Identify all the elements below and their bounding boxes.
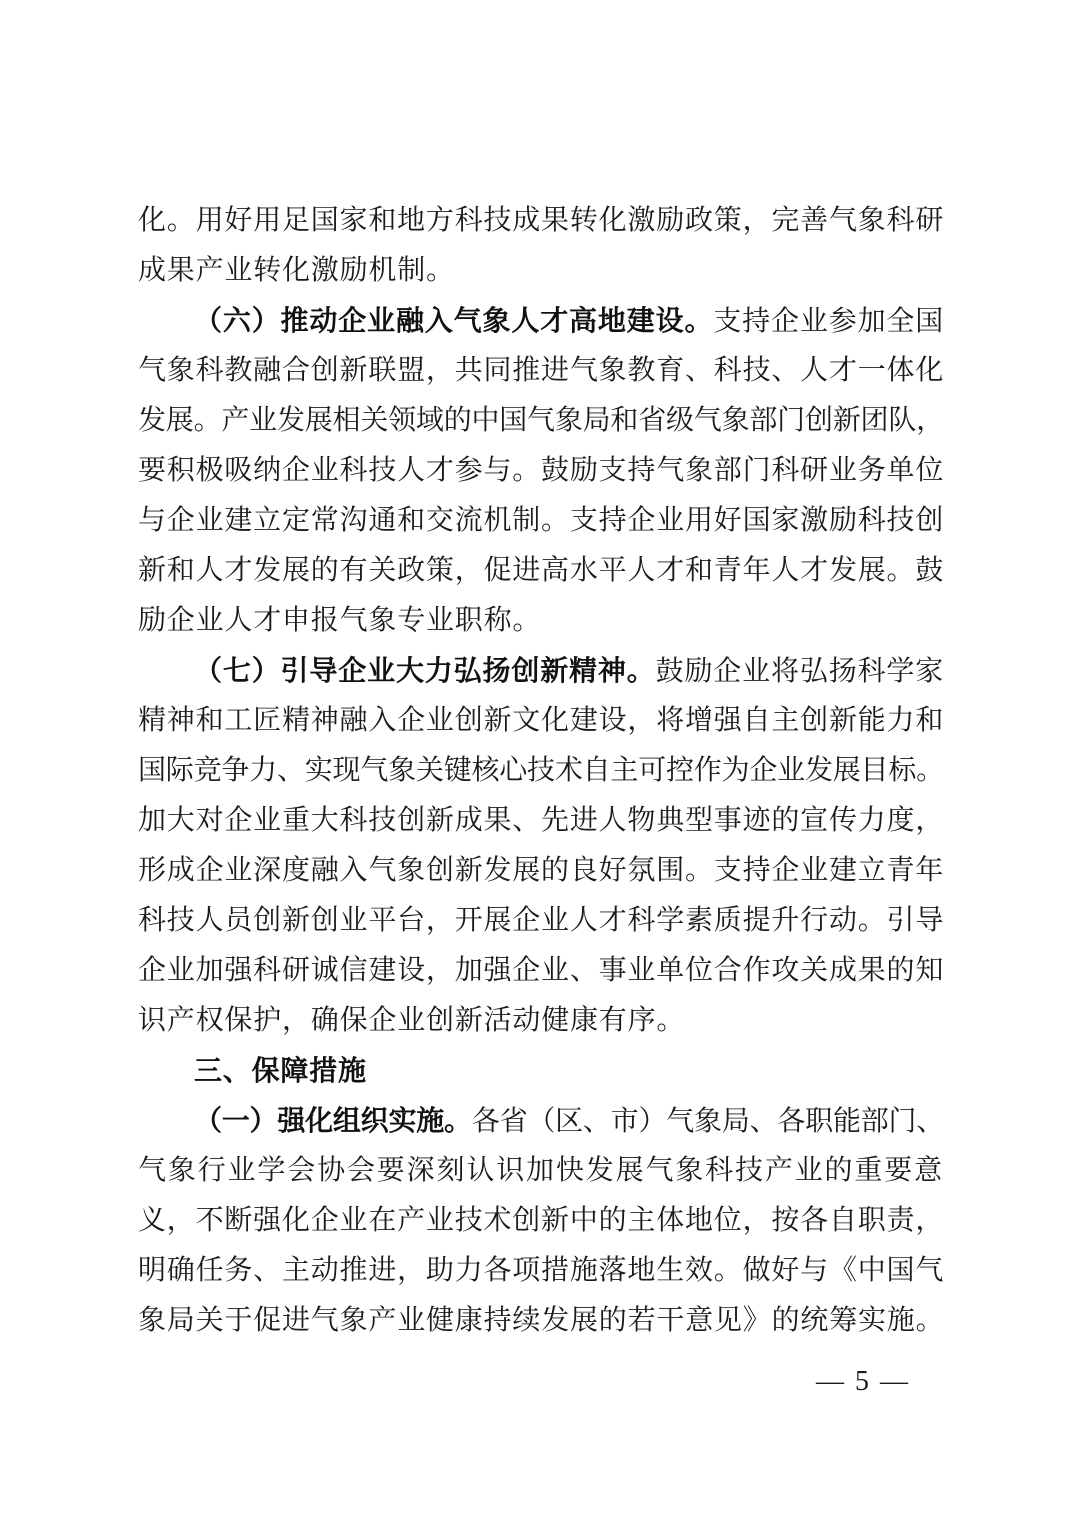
text-segment: 新和人才发展的有关政策，促进高水平人才和青年人才发展。鼓	[138, 555, 944, 586]
text-line: 要积极吸纳企业科技人才参与。鼓励支持气象部门科研业务单位	[138, 446, 944, 496]
text-line: 化。用好用足国家和地方科技成果转化激励政策，完善气象科研	[138, 196, 944, 246]
text-line: 三、保障措施	[138, 1046, 944, 1096]
text-segment: 要积极吸纳企业科技人才参与。鼓励支持气象部门科研业务单位	[138, 455, 944, 486]
document-page: 化。用好用足国家和地方科技成果转化激励政策，完善气象科研成果产业转化激励机制。（…	[0, 0, 1080, 1527]
text-segment: 企业加强科研诚信建设，加强企业、事业单位合作攻关成果的知	[138, 955, 944, 986]
text-line: 形成企业深度融入气象创新发展的良好氛围。支持企业建立青年	[138, 846, 944, 896]
text-line: 义，不断强化企业在产业技术创新中的主体地位，按各自职责，	[138, 1196, 944, 1246]
text-segment: 识产权保护，确保企业创新活动健康有序。	[138, 1005, 685, 1036]
bold-text-segment: （一）强化组织实施。	[194, 1105, 472, 1136]
text-segment: 精神和工匠精神融入企业创新文化建设，将增强自主创新能力和	[138, 705, 944, 736]
text-line: 国际竞争力、实现气象关键核心技术自主可控作为企业发展目标。	[138, 746, 944, 796]
bold-text-segment: （七）引导企业大力弘扬创新精神。	[194, 655, 656, 686]
text-segment: 气象行业学会协会要深刻认识加快发展气象科技产业的重要意	[138, 1155, 944, 1186]
text-segment: 国际竞争力、实现气象关键核心技术自主可控作为企业发展目标。	[138, 755, 944, 786]
text-segment: 各省（区、市）气象局、各职能部门、	[472, 1106, 944, 1137]
text-segment: 科技人员创新创业平台，开展企业人才科学素质提升行动。引导	[138, 905, 944, 936]
text-line: 识产权保护，确保企业创新活动健康有序。	[138, 996, 944, 1046]
text-segment: 与企业建立定常沟通和交流机制。支持企业用好国家激励科技创	[138, 505, 944, 536]
text-segment: 气象科教融合创新联盟，共同推进气象教育、科技、人才一体化	[138, 355, 944, 386]
text-line: 气象科教融合创新联盟，共同推进气象教育、科技、人才一体化	[138, 346, 944, 396]
text-line: 企业加强科研诚信建设，加强企业、事业单位合作攻关成果的知	[138, 946, 944, 996]
text-segment: 鼓励企业将弘扬科学家	[656, 656, 945, 687]
text-segment: 明确任务、主动推进，助力各项措施落地生效。做好与《中国气	[138, 1255, 944, 1286]
bold-text-segment: （六）推动企业融入气象人才高地建设。	[194, 305, 713, 336]
text-line: 励企业人才申报气象专业职称。	[138, 596, 944, 646]
text-line: 发展。产业发展相关领域的中国气象局和省级气象部门创新团队，	[138, 396, 944, 446]
text-segment: 化。用好用足国家和地方科技成果转化激励政策，完善气象科研	[138, 205, 944, 236]
text-line: （六）推动企业融入气象人才高地建设。支持企业参加全国	[138, 296, 944, 346]
text-line: 加大对企业重大科技创新成果、先进人物典型事迹的宣传力度，	[138, 796, 944, 846]
text-segment: 励企业人才申报气象专业职称。	[138, 605, 541, 636]
text-line: 象局关于促进气象产业健康持续发展的若干意见》的统筹实施。	[138, 1296, 944, 1346]
text-line: （七）引导企业大力弘扬创新精神。鼓励企业将弘扬科学家	[138, 646, 944, 696]
text-segment: 加大对企业重大科技创新成果、先进人物典型事迹的宣传力度，	[138, 805, 944, 836]
text-line: 气象行业学会协会要深刻认识加快发展气象科技产业的重要意	[138, 1146, 944, 1196]
text-segment: 形成企业深度融入气象创新发展的良好氛围。支持企业建立青年	[138, 855, 944, 886]
text-line: 与企业建立定常沟通和交流机制。支持企业用好国家激励科技创	[138, 496, 944, 546]
text-line: 精神和工匠精神融入企业创新文化建设，将增强自主创新能力和	[138, 696, 944, 746]
page-number: — 5 —	[816, 1357, 910, 1407]
text-segment: 义，不断强化企业在产业技术创新中的主体地位，按各自职责，	[138, 1205, 944, 1236]
text-line: 科技人员创新创业平台，开展企业人才科学素质提升行动。引导	[138, 896, 944, 946]
bold-text-segment: 三、保障措施	[194, 1055, 367, 1086]
text-line: 新和人才发展的有关政策，促进高水平人才和青年人才发展。鼓	[138, 546, 944, 596]
text-line: （一）强化组织实施。各省（区、市）气象局、各职能部门、	[138, 1096, 944, 1146]
text-line: 成果产业转化激励机制。	[138, 246, 944, 296]
text-segment: 支持企业参加全国	[713, 306, 944, 337]
text-segment: 发展。产业发展相关领域的中国气象局和省级气象部门创新团队，	[138, 405, 944, 436]
text-segment: 成果产业转化激励机制。	[138, 255, 455, 286]
text-segment: 象局关于促进气象产业健康持续发展的若干意见》的统筹实施。	[138, 1305, 944, 1336]
text-line: 明确任务、主动推进，助力各项措施落地生效。做好与《中国气	[138, 1246, 944, 1296]
document-body: 化。用好用足国家和地方科技成果转化激励政策，完善气象科研成果产业转化激励机制。（…	[138, 196, 944, 1346]
